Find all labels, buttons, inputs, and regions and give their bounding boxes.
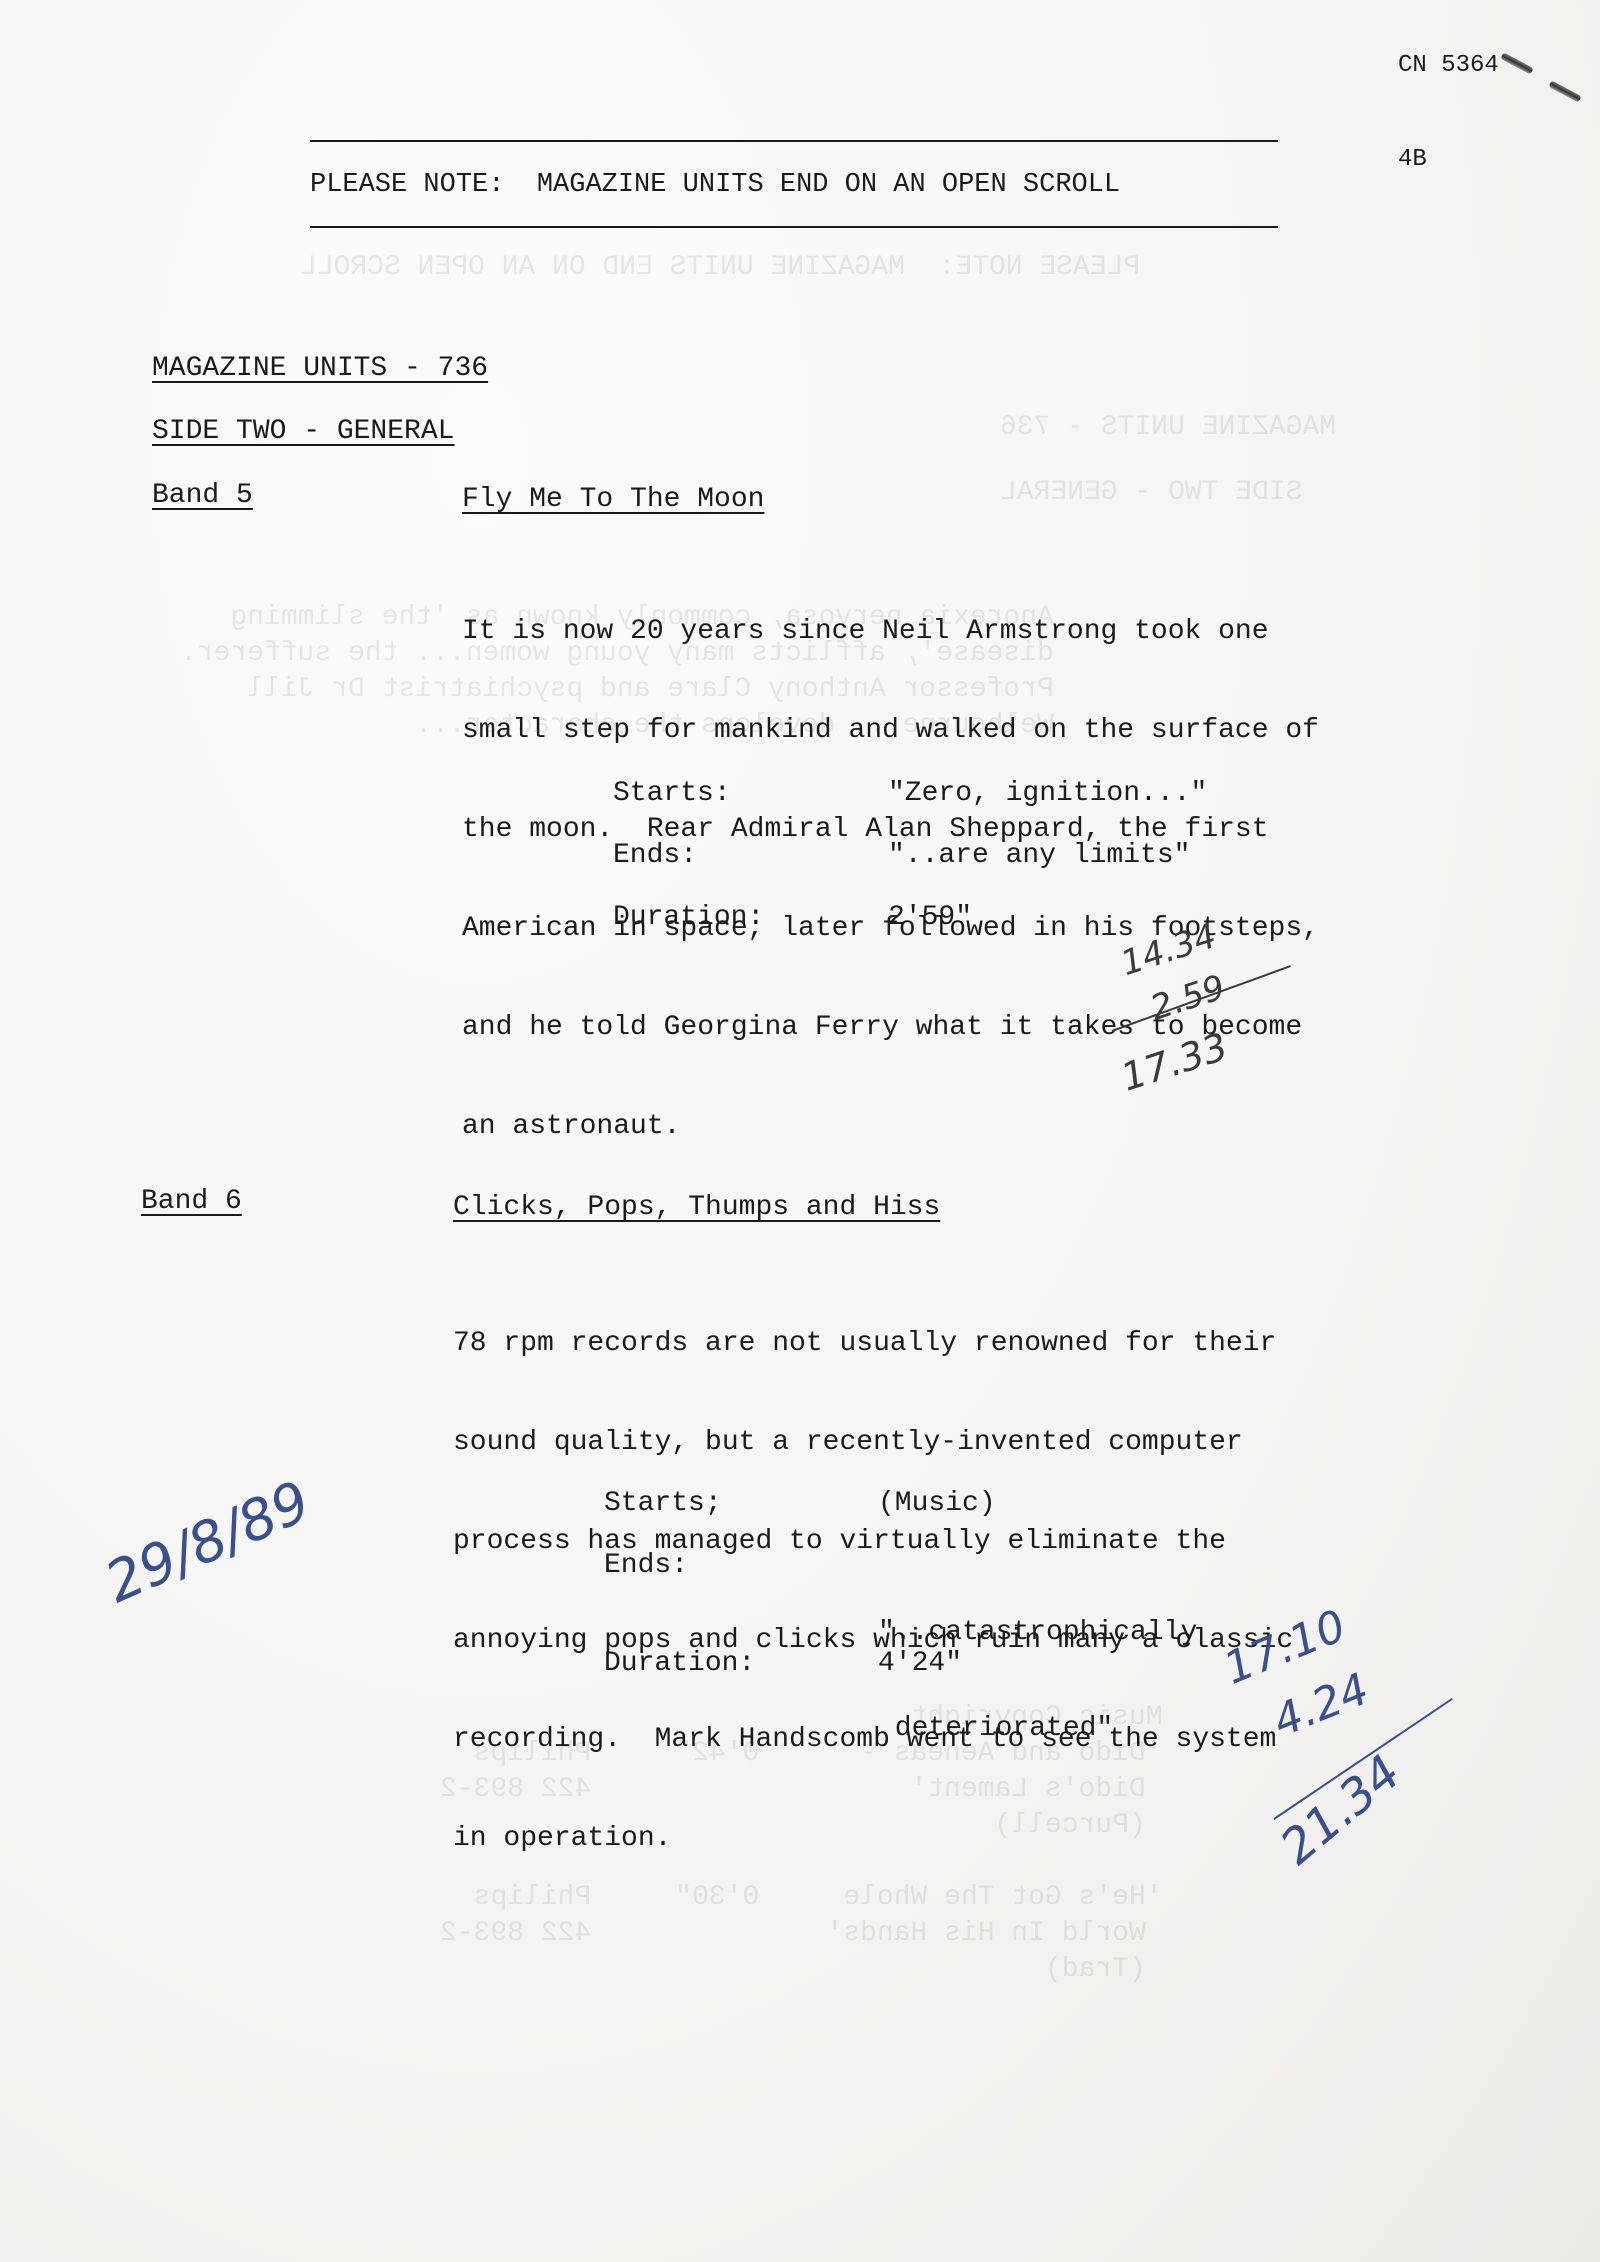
document-reference: CN 5364 [1398, 52, 1499, 79]
band-6-ends-label: Ends: [604, 1550, 688, 1581]
band-5-description: It is now 20 years since Neil Armstrong … [462, 549, 1319, 1209]
notice-bottom-rule [310, 226, 1278, 228]
staple [1500, 52, 1533, 74]
description-line: small step for mankind and walked on the… [462, 714, 1319, 747]
description-line: in operation. [453, 1822, 1293, 1855]
section-subtitle: SIDE TWO - GENERAL [152, 416, 454, 447]
ends-value-line: "..catastrophically [878, 1617, 1197, 1649]
staple [1548, 80, 1581, 102]
band-6-duration-value: 4'24" [878, 1648, 962, 1679]
band-5-ends-value: "..are any limits" [888, 840, 1190, 871]
band-5-starts-label: Starts: [613, 778, 731, 809]
ends-value-line: deteriorated" [878, 1713, 1197, 1745]
band-5-ends-label: Ends: [613, 840, 697, 871]
description-line: 78 rpm records are not usually renowned … [453, 1327, 1293, 1360]
description-line: It is now 20 years since Neil Armstrong … [462, 615, 1319, 648]
band-5-starts-value: "Zero, ignition..." [888, 778, 1207, 809]
page-label: 4B [1398, 146, 1427, 173]
description-line: sound quality, but a recently-invented c… [453, 1426, 1293, 1459]
show-through-text: PLEASE NOTE: MAGAZINE UNITS END ON AN OP… [300, 250, 1140, 286]
band-5-duration-label: Duration: [613, 902, 764, 933]
notice-banner: PLEASE NOTE: MAGAZINE UNITS END ON AN OP… [310, 170, 1120, 200]
show-through-text: SIDE TWO - GENERAL [1000, 475, 1302, 511]
band-5-label: Band 5 [152, 480, 253, 511]
band-6-duration-label: Duration: [604, 1648, 755, 1679]
band-6-starts-label: Starts; [604, 1488, 722, 1519]
description-line: an astronaut. [462, 1110, 1319, 1143]
notice-top-rule [310, 140, 1278, 142]
band-6-ends-value: "..catastrophically deteriorated" [878, 1553, 1197, 1809]
section-title: MAGAZINE UNITS - 736 [152, 353, 488, 384]
band-6-label: Band 6 [141, 1186, 242, 1217]
show-through-text: MAGAZINE UNITS - 736 [1000, 410, 1336, 446]
band-5-duration-value: 2'59" [888, 902, 972, 933]
band-6-title: Clicks, Pops, Thumps and Hiss [453, 1192, 940, 1223]
band-5-title: Fly Me To The Moon [462, 484, 764, 515]
band-6-starts-value: (Music) [878, 1488, 996, 1519]
document-page: PLEASE NOTE: MAGAZINE UNITS END ON AN OP… [0, 0, 1600, 2262]
handwritten-date: 29/8/89 [96, 1469, 320, 1616]
